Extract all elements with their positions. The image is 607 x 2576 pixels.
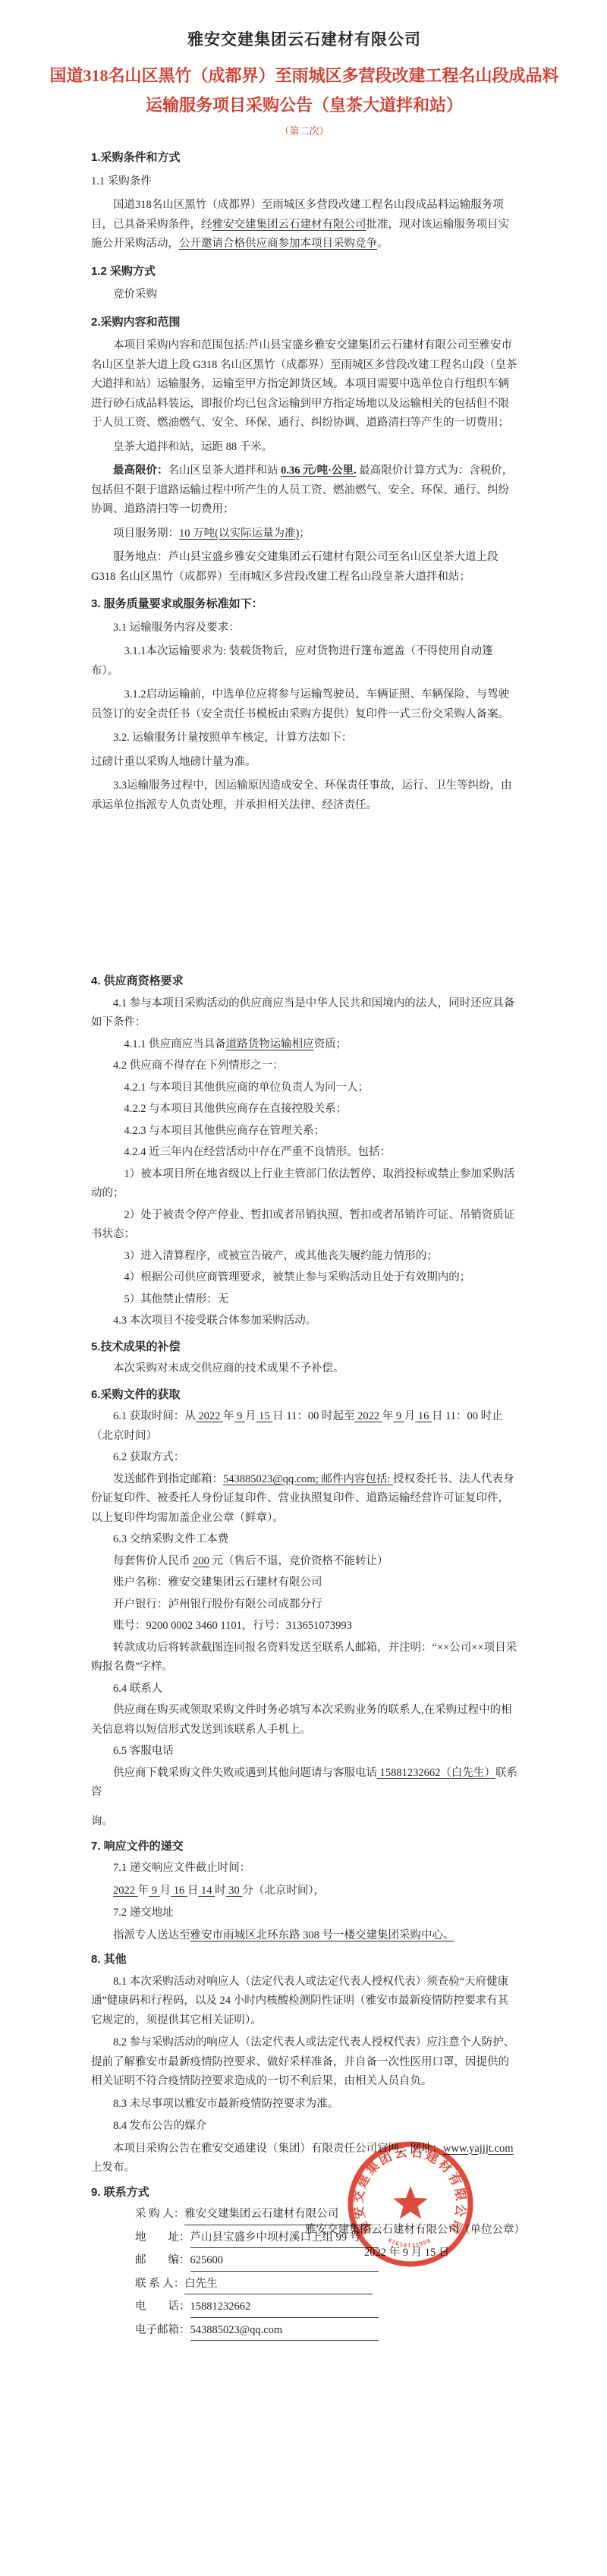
contact-value: 543885023@qq.com: [190, 2321, 379, 2341]
para-1-2-method: 竞价采购: [91, 285, 517, 305]
contact-label: 电 话：: [113, 2297, 190, 2317]
doc-title-company: 雅安交建集团云石建材有限公司: [91, 30, 517, 50]
para-7-2: 7.2 递交地址: [91, 1904, 517, 1923]
seal-star-icon: [393, 2186, 428, 2219]
document-page: { "colors": { "accent_red": "#d23a2c", "…: [0, 0, 607, 2576]
para-4-3: 4.3 本次项目不接受联合体参加采购活动。: [91, 1312, 517, 1331]
para-3-1-1: 3.1.1本次运输要求为: 装载货物后，应对货物进行篷布遮盖（不得使用自动篷布）…: [91, 642, 517, 681]
contact-label: 电子邮箱：: [113, 2321, 190, 2341]
para-3-1: 3.1 运输服务内容及要求：: [91, 619, 517, 638]
para-6-5-service-phone: 供应商下载采购文件失败或遇到其他问题请与客服电话 15881232662（白先生…: [91, 1764, 517, 1803]
para-4-2-4: 4.2.4 近三年内在经营活动中存在严重不良情形。包括：: [91, 1143, 517, 1163]
para-8-4: 8.4 发布公告的媒介: [91, 2117, 517, 2137]
contact-value: 15881232662: [190, 2297, 379, 2318]
para-8-2: 8.2 参与采购活动的响应人（法定代表人或法定代表人授权代表）应注意个人防护、提…: [91, 2033, 517, 2092]
para-4-2: 4.2 供应商不得存在下列情形之一：: [91, 1057, 517, 1076]
para-3-1-2: 3.1.2启动运输前，中选单位应将参与运输驾驶员、车辆证照、车辆保险、与驾驶员签…: [91, 685, 517, 724]
doc-title-attempt: （第二次）: [91, 121, 517, 141]
section-1-heading: 1.采购条件和方式: [91, 148, 517, 168]
section-2-heading: 2.采购内容和范围: [91, 313, 517, 332]
account-number: 账号：9200 0002 3460 1101，行号：313651073993: [91, 1617, 517, 1636]
svg-text:82650135998: 82650135998: [387, 2237, 432, 2249]
contact-value: 白先生: [184, 2275, 373, 2295]
para-4-2-2: 4.2.2 与本项目其他供应商存在直接控股关系；: [91, 1100, 517, 1120]
page-2: 4. 供应商资格要求 4.1 参与本项目采购活动的供应商应当是中华人民共和国境内…: [91, 965, 517, 1805]
para-6-4: 6.4 联系人: [91, 1680, 517, 1699]
para-5: 本次采购对未成交供应商的技术成果不予补偿。: [91, 1359, 517, 1379]
para-8-3: 8.3 未尽事项以雅安市最新疫情防控要求为准。: [91, 2095, 517, 2115]
list-item-4: 4）根据公司供应商管理要求，被禁止参与采购活动且处于有效期内的；: [91, 1268, 517, 1288]
contact-label: 地 址：: [113, 2228, 190, 2248]
section-8-heading: 8. 其他: [91, 1950, 517, 1970]
contact-row-person: 联 系 人：白先生: [91, 2275, 517, 2295]
company-seal-stamp: 雅安交建集团云石建材有限公司 82650135998: [345, 2139, 476, 2269]
para-6-5: 6.5 客服电话: [91, 1742, 517, 1762]
para-6-2-email: 发送邮件到指定邮箱：543885023@qq.com; 邮件内容包括: 授权委托…: [91, 1470, 517, 1529]
para-2-distance: 皇茶大道拌和站，运距 88 千米。: [91, 438, 517, 458]
para-4-2-1: 4.2.1 与本项目其他供应商的单位负责人为同一人；: [91, 1079, 517, 1098]
seal-code: 82650135998: [387, 2237, 432, 2249]
section-3-heading: 3. 服务质量要求或服务标准如下：: [91, 594, 517, 614]
section-1-2-heading: 1.2 采购方式: [91, 262, 517, 282]
list-item-2: 2）处于被责令停产停业、暂扣或者吊销执照、暂扣或者吊销许可证、吊销资质证书状态；: [91, 1206, 517, 1245]
contact-row-phone: 电 话：15881232662: [91, 2297, 517, 2318]
list-item-1: 1）被本项目所在地省级以上行业主管部门依法暂停、取消投标或禁止参加采购活动的；: [91, 1165, 517, 1204]
para-6-1-time: 6.1 获取时间：从 2022 年 9 月 15 日 11：00 时起至 202…: [91, 1407, 517, 1446]
para-8-1: 8.1 本次采购活动对响应人（法定代表人或法定代表人授权代表）须查验“天府健康通…: [91, 1973, 517, 2031]
para-7-2-address: 指派专人送达至雅安市雨城区北环东路 308 号一楼交建集团采购中心。: [91, 1926, 517, 1946]
list-item-5: 5）其他禁止情形：无: [91, 1290, 517, 1310]
contact-label: 邮 编：: [113, 2251, 190, 2271]
para-4-1: 4.1 参与本项目采购活动的供应商应当是中华人民共和国境内的法人，同时还应具备如…: [91, 994, 517, 1033]
section-7-heading: 7. 响应文件的递交: [91, 1837, 517, 1856]
para-6-3: 6.3 交纳采购文件工本费: [91, 1530, 517, 1550]
section-6-heading: 6.采购文件的获取: [91, 1385, 517, 1405]
para-6-3-price: 每套售价人民币 200 元（售后不退，竞价资格不能转让）: [91, 1552, 517, 1572]
para-6-2: 6.2 获取方式：: [91, 1448, 517, 1468]
para-3-2-note: 过磅计重以采购人地磅计量为准。: [91, 753, 517, 773]
contact-row-email: 电子邮箱：543885023@qq.com: [91, 2321, 517, 2341]
account-name: 账户名称：雅安交建集团云石建材有限公司: [91, 1573, 517, 1593]
contact-label: 采 购 人：: [113, 2205, 184, 2225]
section-1-1-heading: 1.1 采购条件: [91, 172, 517, 192]
para-1-1: 国道318名山区黑竹（成都界）至雨城区多营段改建工程名山段成品料运输服务项目，已…: [91, 196, 517, 254]
para-7-1: 7.1 递交响应文件截止时间：: [91, 1859, 517, 1878]
account-bank: 开户银行：泸州银行股份有限公司成都分行: [91, 1595, 517, 1615]
para-continuation: 询。: [91, 1812, 517, 1832]
section-5-heading: 5.技术成果的补偿: [91, 1337, 517, 1357]
para-2-service-location: 服务地点：芦山县宝盛乡雅安交建集团云石建材有限公司至名山区皇茶大道上段 G318…: [91, 548, 517, 587]
para-2-service-period: 项目服务期：10 万吨(以实际运量为准)；: [91, 524, 517, 544]
para-4-2-3: 4.2.3 与本项目其他供应商存在管理关系；: [91, 1122, 517, 1142]
para-3-3: 3.3运输服务过程中，因运输原因造成安全、环保责任事故，运行、卫生等纠纷，由承运…: [91, 776, 517, 815]
para-2-scope: 本项目采购内容和范围包括:芦山县宝盛乡雅安交建集团云石建材有限公司至雅安市名山区…: [91, 336, 517, 433]
para-3-2: 3.2. 运输服务计量按照单车核定，计算方法如下：: [91, 729, 517, 748]
para-2-max-price: 最高限价：名山区皇茶大道拌和站 0.36 元/吨·公里. 最高限价计算方式为：含…: [91, 461, 517, 520]
para-6-4-contact-note: 供应商在购买或领取采购文件时务必填写本次采购业务的联系人,在采购过程中的相关信息…: [91, 1701, 517, 1740]
section-4-heading: 4. 供应商资格要求: [91, 972, 517, 991]
para-7-1-deadline: 2022 年 9 月 16 日 14 时 30 分（北京时间），: [91, 1882, 517, 1901]
page-1: 雅安交建集团云石建材有限公司 国道318名山区黑竹（成都界）至雨城区多营段改建工…: [91, 30, 517, 820]
doc-title-main: 国道318名山区黑竹（成都界）至雨城区多营段改建工程名山段成品料运输服务项目采购…: [49, 61, 560, 120]
contact-label: 联 系 人：: [113, 2275, 184, 2294]
para-4-1-1: 4.1.1 供应商应当具备道路货物运输相应资质；: [91, 1035, 517, 1055]
list-item-3: 3）进入清算程序，或被宣告破产，或其他丧失履约能力情形的；: [91, 1247, 517, 1267]
para-6-3-transfer-note: 转款成功后将转款截图连同报名资料发送至联系人邮箱，并注明：“××公司××项目采购…: [91, 1639, 517, 1677]
